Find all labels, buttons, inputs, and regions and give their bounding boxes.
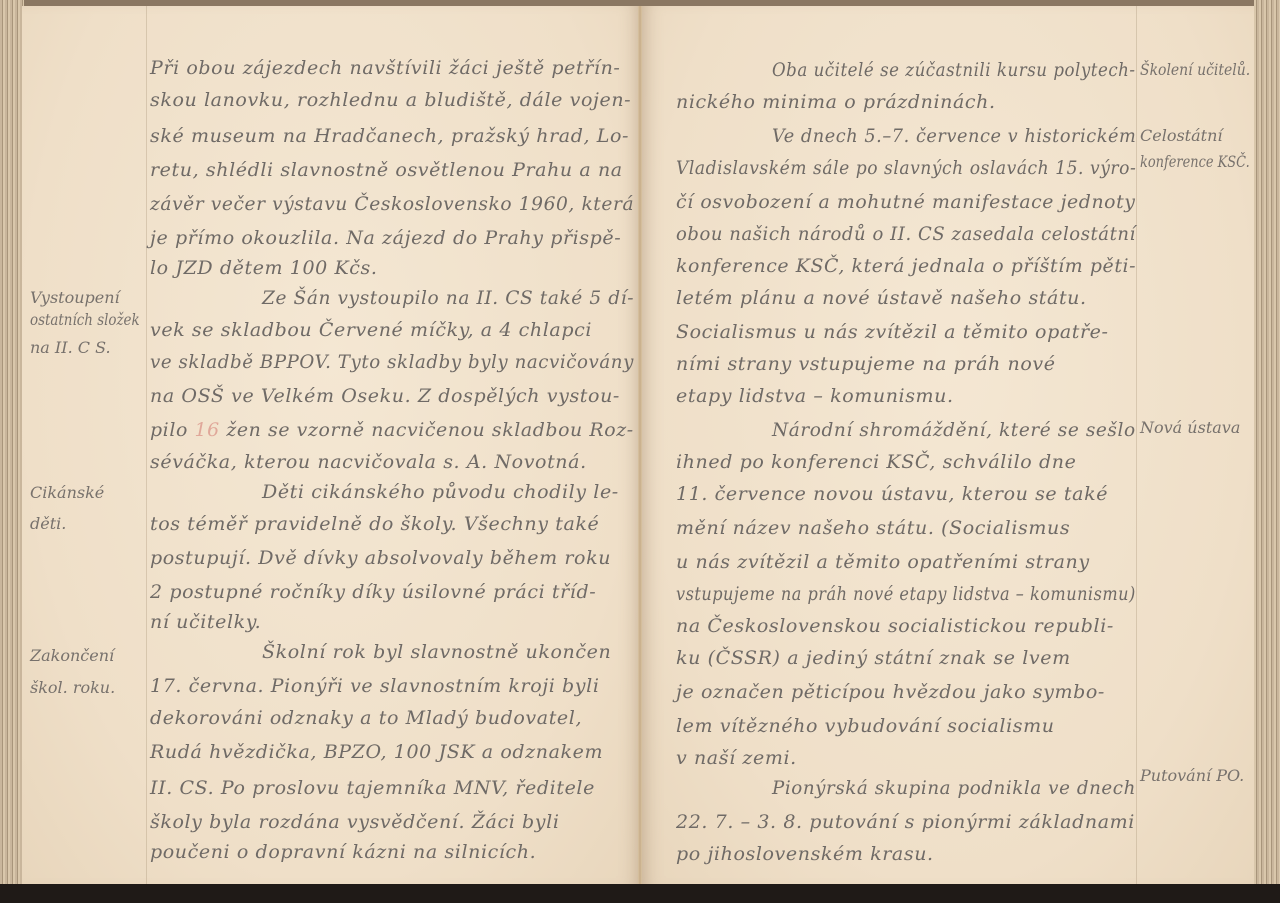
handwritten-line: ve skladbě BPPOV. Tyto skladby byly nacv… <box>150 350 634 374</box>
handwritten-line: tos téměř pravidelně do školy. Všechny t… <box>150 512 599 536</box>
margin-note: Celostátní <box>1140 126 1223 146</box>
handwritten-line: obou našich národů o II. CS zasedala cel… <box>676 222 1136 246</box>
handwritten-line: ku (ČSSR) a jediný státní znak se lvem <box>676 646 1071 670</box>
handwritten-line: nického minima o prázdninách. <box>676 90 996 114</box>
book-bottom-shadow <box>0 884 1280 903</box>
handwritten-line: Školní rok byl slavnostně ukončen <box>262 640 611 664</box>
handwritten-line: Rudá hvězdička, BPZO, 100 JSK a odznakem <box>150 740 603 764</box>
handwritten-line: Pionýrská skupina podnikla ve dnech <box>772 776 1136 800</box>
handwritten-line: etapy lidstva – komunismu. <box>676 384 954 408</box>
handwritten-line: lo JZD dětem 100 Kčs. <box>150 256 378 280</box>
handwritten-line: konference KSČ, která jednala o příštím … <box>676 254 1136 278</box>
handwritten-line: Při obou zájezdech navštívili žáci ještě… <box>150 56 620 80</box>
handwritten-line: vstupujeme na práh nové etapy lidstva – … <box>676 582 1136 606</box>
margin-note: Školení učitelů. <box>1140 60 1250 80</box>
handwritten-line: mění název našeho státu. (Socialismus <box>676 516 1070 540</box>
handwritten-line: séváčka, kterou nacvičovala s. A. Novotn… <box>150 450 587 474</box>
handwritten-line: II. CS. Po proslovu tajemníka MNV, ředit… <box>150 776 595 800</box>
handwritten-line: skou lanovku, rozhlednu a bludiště, dále… <box>150 88 631 112</box>
handwritten-line: 17. června. Pionýři ve slavnostním kroji… <box>150 674 600 698</box>
open-book: Vystoupeníostatních složekna II. C S.Cik… <box>0 0 1280 903</box>
handwritten-line: závěr večer výstavu Československo 1960,… <box>150 192 634 216</box>
margin-note: Cikánské <box>30 483 104 503</box>
handwritten-line: ními strany vstupujeme na práh nové <box>676 352 1056 376</box>
handwritten-line: pilo 16 žen se vzorně nacvičenou skladbo… <box>150 418 634 442</box>
margin-note: škol. roku. <box>30 678 115 698</box>
margin-note: děti. <box>30 514 66 534</box>
left-margin-rule <box>146 6 147 886</box>
right-page: Školení učitelů.Celostátníkonference KSČ… <box>642 6 1254 886</box>
handwritten-line: u nás zvítězil a těmito opatřeními stran… <box>676 550 1090 574</box>
handwritten-line: školy byla rozdána vysvědčení. Žáci byli <box>150 810 560 834</box>
handwritten-line: letém plánu a nové ústavě našeho státu. <box>676 286 1087 310</box>
handwritten-line: po jihoslovenském krasu. <box>676 842 934 866</box>
margin-note: Vystoupení <box>30 288 120 308</box>
handwritten-line: ihned po konferenci KSČ, schválilo dne <box>676 450 1076 474</box>
handwritten-line: ské museum na Hradčanech, pražský hrad, … <box>150 124 629 148</box>
handwritten-line: retu, shlédli slavnostně osvětlenou Prah… <box>150 158 623 182</box>
handwritten-line: Národní shromáždění, které se sešlo <box>772 418 1136 442</box>
page-stack-left-edge <box>0 0 24 890</box>
handwritten-line: dekorováni odznaky a to Mladý budovatel, <box>150 706 582 730</box>
handwritten-line: 22. 7. – 3. 8. putování s pionýrmi zákla… <box>676 810 1135 834</box>
handwritten-line: lem vítězného vybudování socialismu <box>676 714 1055 738</box>
margin-note: Zakončení <box>30 646 114 666</box>
red-annotation: 16 <box>195 419 220 441</box>
handwritten-line: Děti cikánského původu chodily le- <box>262 480 619 504</box>
handwritten-line: na Československou socialistickou republ… <box>676 614 1114 638</box>
handwritten-line: v naší zemi. <box>676 746 797 770</box>
handwritten-line: Vladislavském sále po slavných oslavách … <box>676 156 1136 180</box>
handwritten-line: 2 postupné ročníky díky úsilovné práci t… <box>150 580 596 604</box>
handwritten-line: 11. července novou ústavu, kterou se tak… <box>676 482 1108 506</box>
page-stack-right-edge <box>1254 0 1280 890</box>
handwritten-line: poučeni o dopravní kázni na silnicích. <box>150 840 536 864</box>
handwritten-line: Ze Šán vystoupilo na II. CS také 5 dí- <box>262 286 634 310</box>
handwritten-line: Ve dnech 5.–7. července v historickém <box>772 124 1136 148</box>
handwritten-line: ní učitelky. <box>150 610 261 634</box>
margin-note: konference KSČ. <box>1140 152 1250 172</box>
handwritten-line: postupují. Dvě dívky absolvovaly během r… <box>150 546 611 570</box>
left-page: Vystoupeníostatních složekna II. C S.Cik… <box>22 6 640 886</box>
handwritten-line: na OSŠ ve Velkém Oseku. Z dospělých vyst… <box>150 384 620 408</box>
margin-note: ostatních složek <box>30 310 140 330</box>
handwritten-line: čí osvobození a mohutné manifestace jedn… <box>676 190 1136 214</box>
handwritten-line: vek se skladbou Červené míčky, a 4 chlap… <box>150 318 592 342</box>
margin-note: na II. C S. <box>30 338 111 358</box>
margin-note: Putování PO. <box>1140 766 1244 786</box>
handwritten-line: je označen pěticípou hvězdou jako symbo- <box>676 680 1105 704</box>
handwritten-line: je přímo okouzlila. Na zájezd do Prahy p… <box>150 226 621 250</box>
handwritten-line: Oba učitelé se zúčastnili kursu polytech… <box>772 58 1136 82</box>
margin-note: Nová ústava <box>1140 418 1240 438</box>
handwritten-line: Socialismus u nás zvítězil a těmito opat… <box>676 320 1109 344</box>
